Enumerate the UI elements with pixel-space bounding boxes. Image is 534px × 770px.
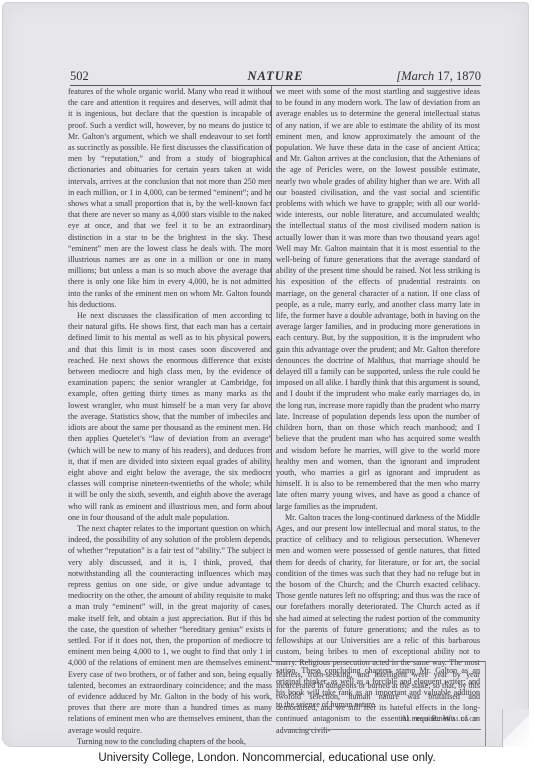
issue-date: [March 17, 1870 (396, 69, 481, 84)
issue-date-rest: 17, 1870 (434, 69, 481, 83)
paragraph: sation. These concluding chapters stamp … (276, 665, 480, 710)
copyright-credit: University College, London. Noncommercia… (0, 752, 534, 764)
column-divider (271, 86, 272, 661)
right-border-rule (485, 661, 486, 746)
page-header: 502 NATURE [March 17, 1870 (70, 69, 481, 85)
closing-paragraph: sation. These concluding chapters stamp … (276, 665, 480, 710)
paragraph: we meet with some of the most startling … (276, 86, 480, 512)
left-column: features of the whole organic world. Man… (68, 86, 272, 747)
right-column: we meet with some of the most startling … (276, 86, 480, 736)
issue-date-month: [March (396, 69, 434, 83)
closing-rule (271, 661, 486, 662)
end-rule (286, 729, 481, 730)
paragraph: Turning now to the concluding chapters o… (68, 736, 272, 747)
author-signature: Alfred R. Wallace (401, 713, 478, 723)
paragraph: features of the whole organic world. Man… (68, 86, 272, 310)
paragraph: The next chapter relates to the importan… (68, 523, 272, 736)
paragraph: He next discusses the classification of … (68, 310, 272, 523)
